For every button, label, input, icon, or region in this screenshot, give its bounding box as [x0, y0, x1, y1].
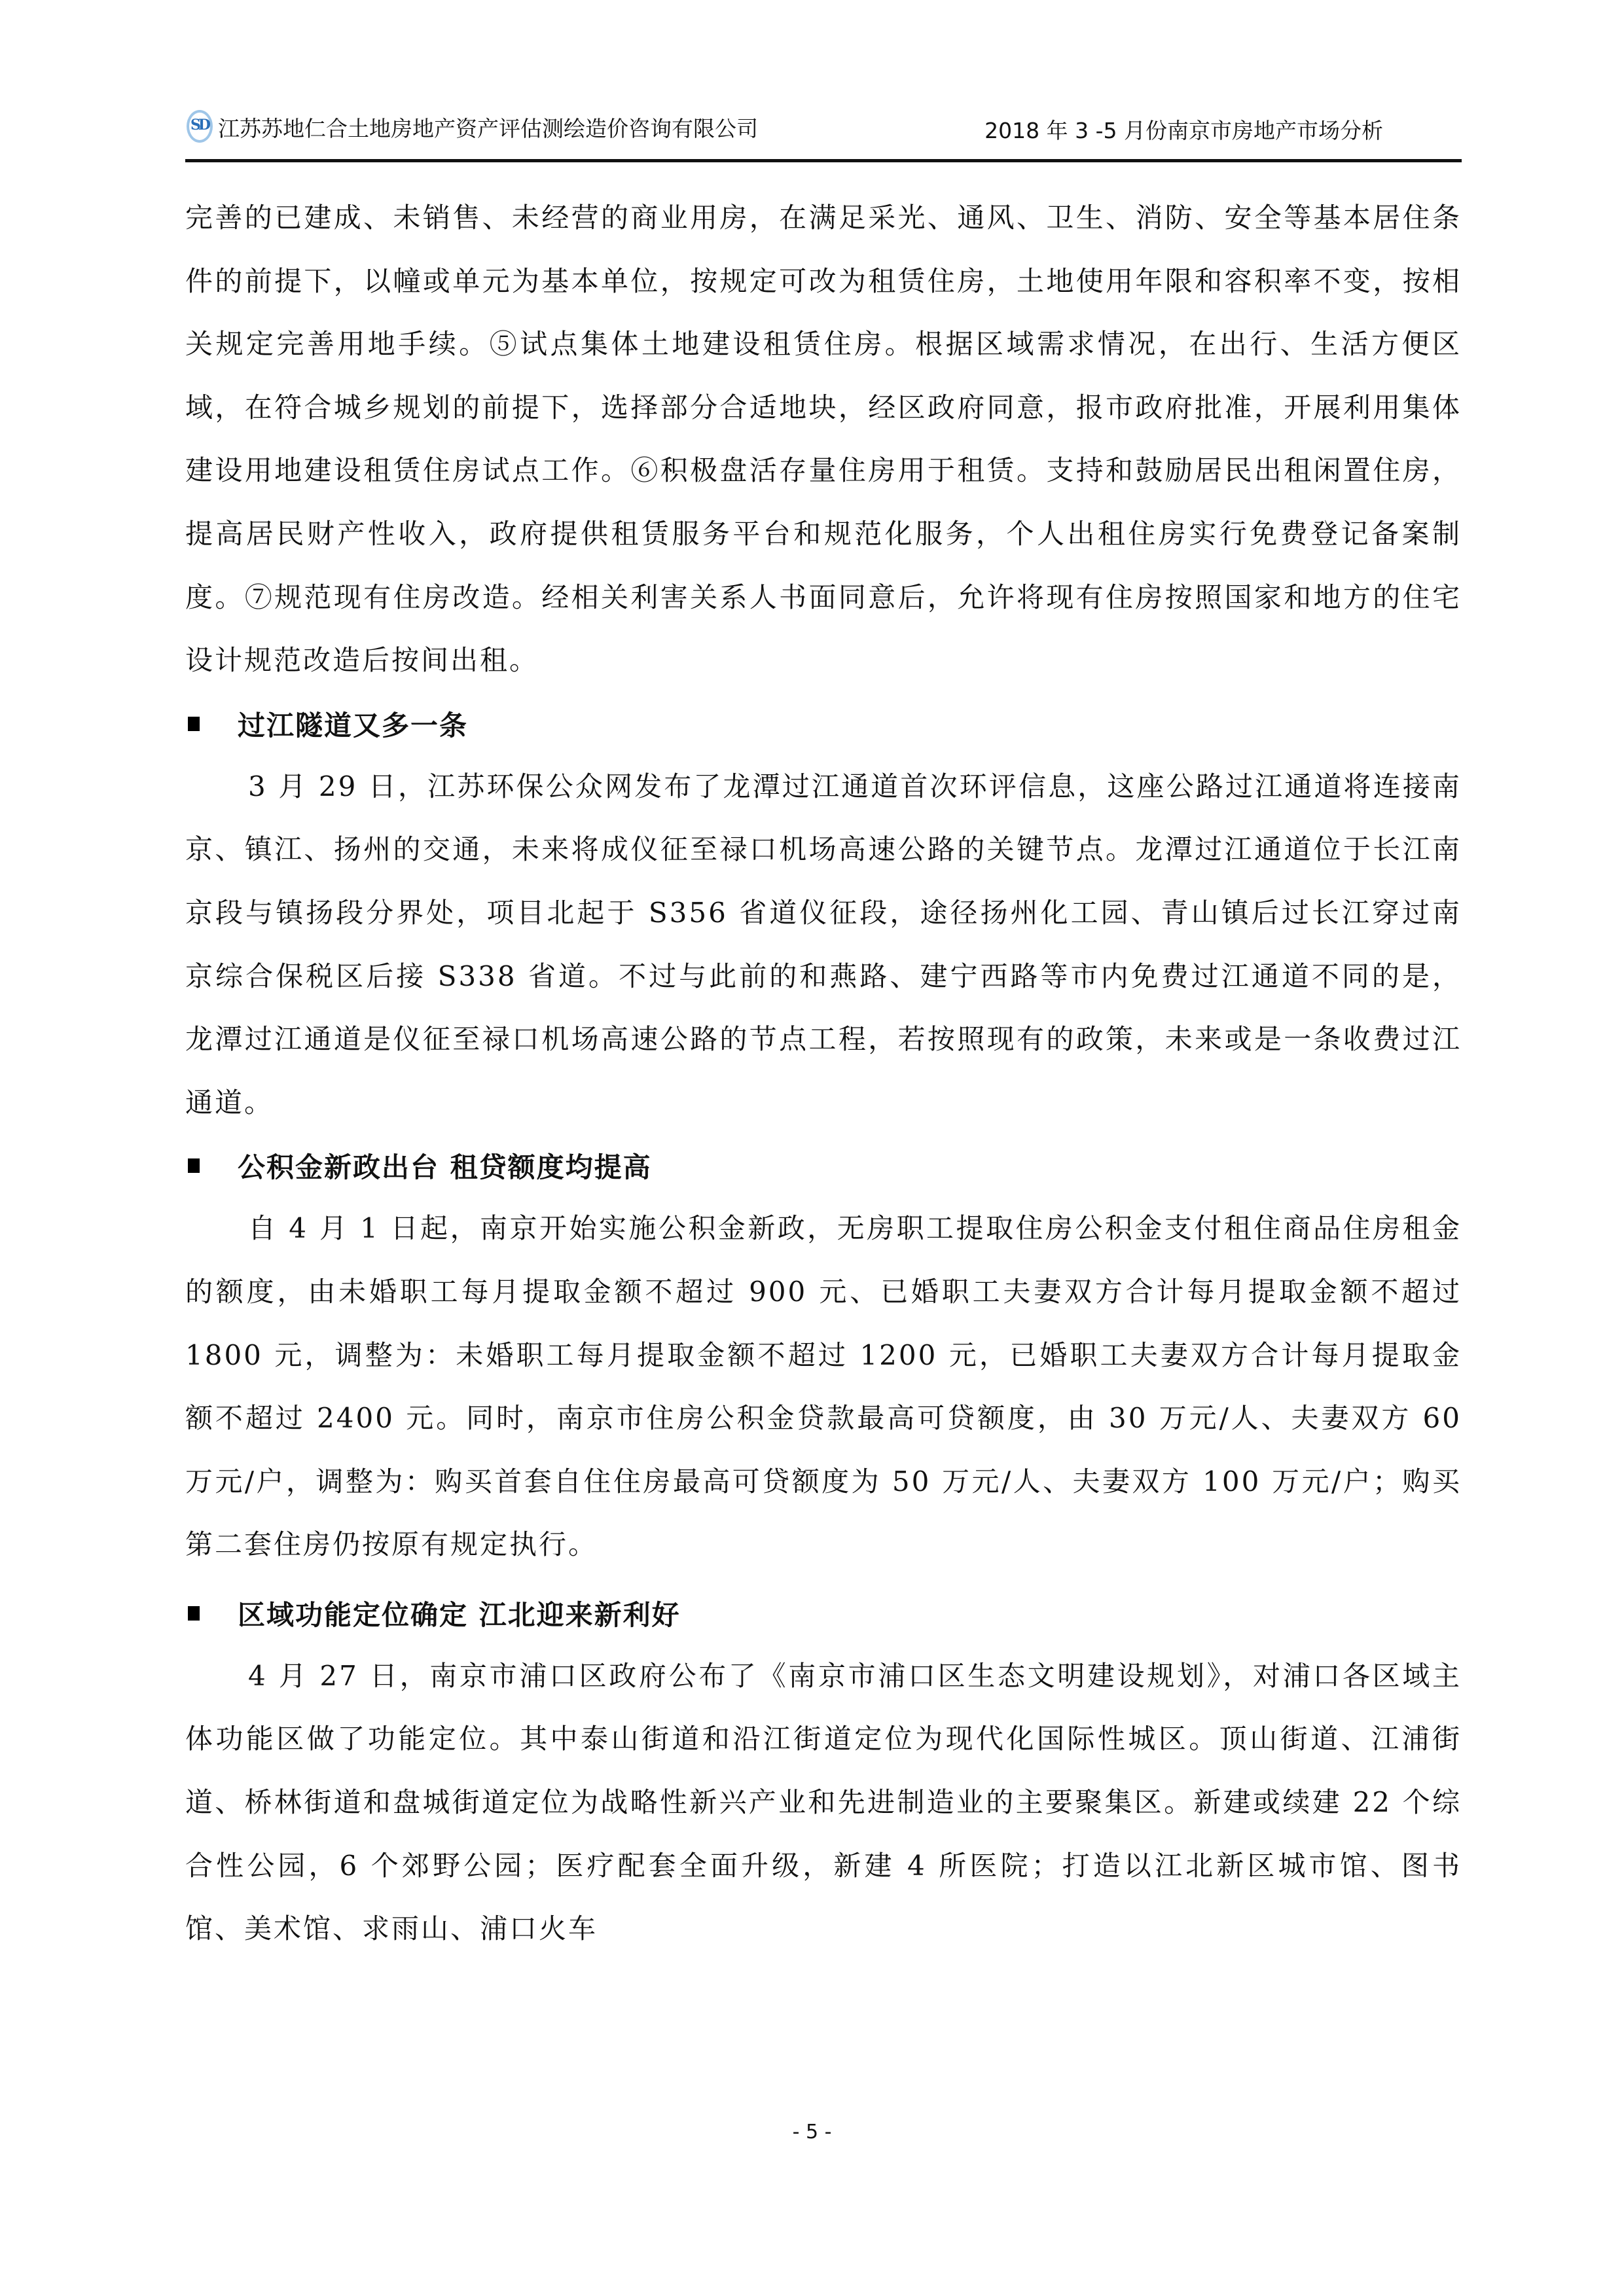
- body-paragraph: 完善的已建成、未销售、未经营的商业用房，在满足采光、通风、卫生、消防、安全等基本…: [185, 187, 1462, 692]
- company-name: 江苏苏地仁合土地房地产资产评估测绘造价咨询有限公司: [218, 112, 758, 143]
- report-title: 2018 年 3 -5 月份南京市房地产市场分析: [984, 114, 1383, 145]
- body-paragraph: 3 月 29 日，江苏环保公众网发布了龙潭过江通道首次环评信息，这座公路过江通道…: [185, 755, 1462, 1135]
- company-logo-icon: SD: [185, 107, 215, 147]
- document-body: 完善的已建成、未销售、未经营的商业用房，在满足采光、通风、卫生、消防、安全等基本…: [185, 187, 1462, 1961]
- header-divider: [185, 159, 1462, 162]
- header-company: SD 江苏苏地仁合土地房地产资产评估测绘造价咨询有限公司: [185, 107, 758, 147]
- body-paragraph: 自 4 月 1 日起，南京开始实施公积金新政，无房职工提取住房公积金支付租住商品…: [185, 1197, 1462, 1577]
- page-header: SD 江苏苏地仁合土地房地产资产评估测绘造价咨询有限公司 2018 年 3 -5…: [185, 98, 1462, 158]
- section-heading-text: 区域功能定位确定 江北迎来新利好: [238, 1594, 681, 1633]
- square-bullet-icon: [188, 1158, 200, 1173]
- section-heading-text: 公积金新政出台 租贷额度均提高: [238, 1146, 652, 1185]
- section-heading: 区域功能定位确定 江北迎来新利好: [185, 1582, 1462, 1645]
- page-number: - 5 -: [0, 2121, 1624, 2144]
- body-paragraph: 4 月 27 日，南京市浦口区政府公布了《南京市浦口区生态文明建设规划》，对浦口…: [185, 1645, 1462, 1961]
- square-bullet-icon: [188, 717, 200, 731]
- logo-text: SD: [190, 117, 208, 134]
- square-bullet-icon: [188, 1606, 200, 1621]
- section-heading: 公积金新政出台 租贷额度均提高: [185, 1134, 1462, 1197]
- section-heading: 过江隧道又多一条: [185, 692, 1462, 755]
- section-heading-text: 过江隧道又多一条: [238, 704, 468, 744]
